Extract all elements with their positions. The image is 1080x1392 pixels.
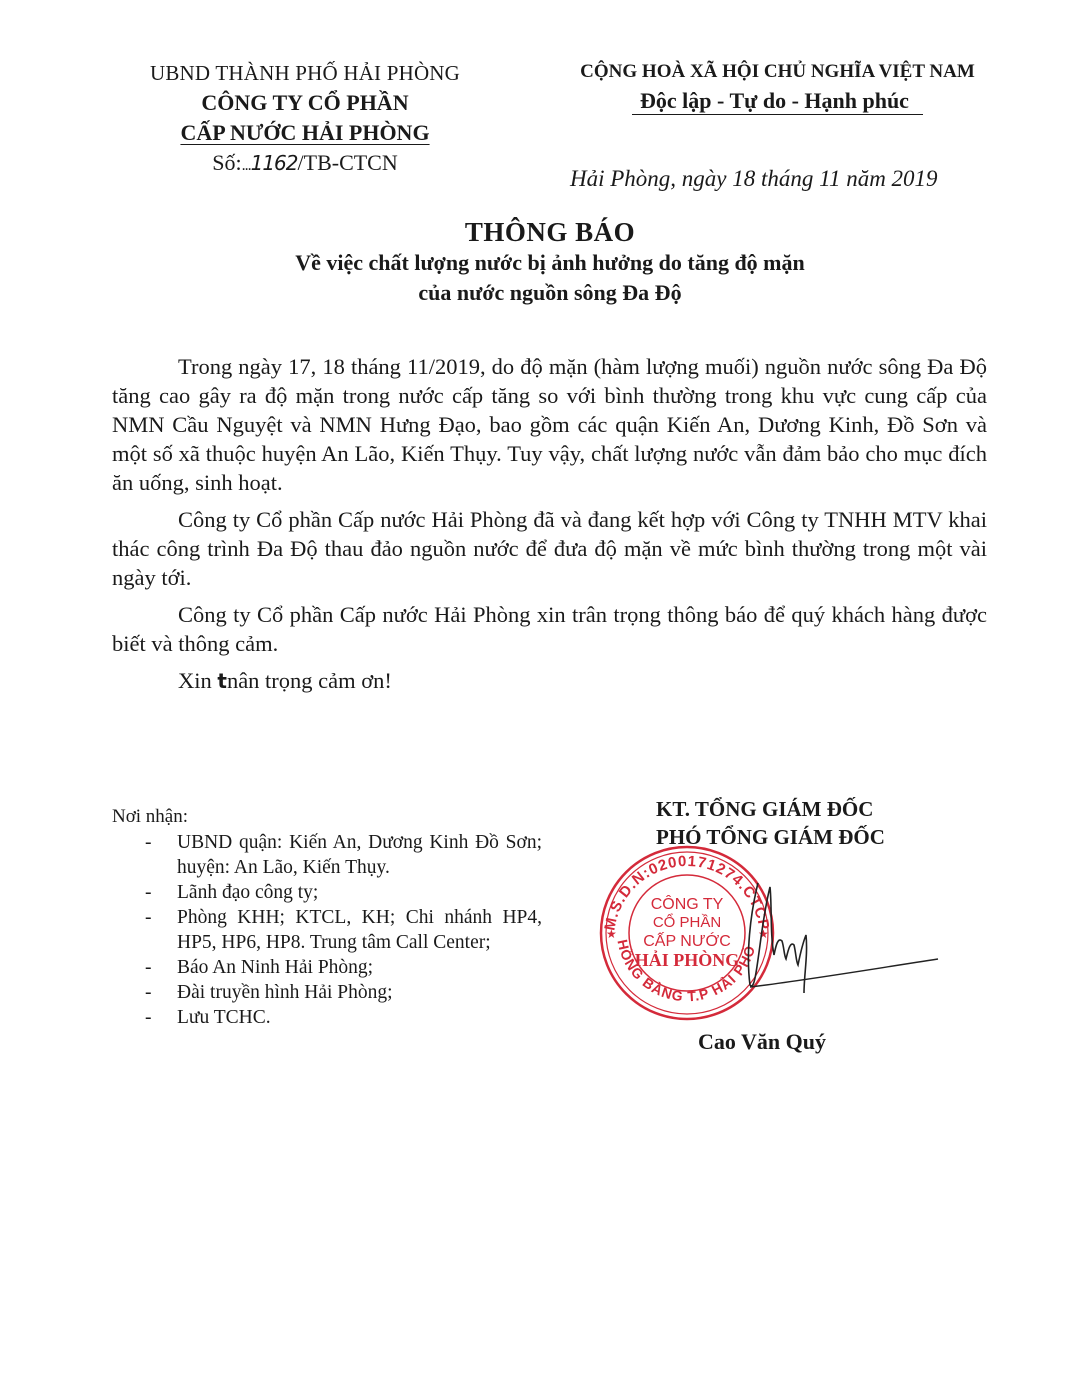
issuer-header: UBND THÀNH PHỐ HẢI PHÒNG CÔNG TY CỔ PHẦN…: [130, 58, 480, 181]
national-motto: Độc lập - Tự do - Hạnh phúc: [555, 86, 1000, 116]
date-line: Hải Phòng, ngày 18 tháng 11 năm 2019: [570, 162, 938, 196]
document-subtitle: Về việc chất lượng nước bị ảnh hưởng do …: [100, 248, 1000, 308]
recipients-label: Nơi nhận:: [112, 804, 542, 830]
handwritten-signature-icon: [740, 875, 940, 995]
list-item: -Đài truyền hình Hải Phòng;: [112, 980, 542, 1005]
handwritten-number: 1162: [251, 151, 298, 175]
svg-text:HẢI PHÒNG: HẢI PHÒNG: [635, 949, 740, 970]
svg-text:CẤP NƯỚC: CẤP NƯỚC: [643, 931, 731, 950]
body-paragraph: Trong ngày 17, 18 tháng 11/2019, do độ m…: [112, 352, 987, 497]
republic-name: CỘNG HOÀ XÃ HỘI CHỦ NGHĨA VIỆT NAM: [555, 58, 1000, 86]
national-header: CỘNG HOÀ XÃ HỘI CHỦ NGHĨA VIỆT NAM Độc l…: [555, 58, 1000, 116]
recipients-list: -UBND quận: Kiến An, Dương Kinh Đồ Sơn; …: [112, 830, 542, 1030]
issuer-company-line1: CÔNG TY CỔ PHẦN: [130, 88, 480, 118]
svg-text:★: ★: [606, 927, 617, 941]
issuer-authority: UBND THÀNH PHỐ HẢI PHÒNG: [130, 58, 480, 88]
list-item: -UBND quận: Kiến An, Dương Kinh Đồ Sơn; …: [112, 830, 542, 880]
list-item: -Phòng KHH; KTCL, KH; Chi nhánh HP4, HP5…: [112, 905, 542, 955]
list-item: -Báo An Ninh Hải Phòng;: [112, 955, 542, 980]
signer-title-line1: KT. TỔNG GIÁM ĐỐC: [600, 795, 940, 823]
svg-text:CỔ PHẦN: CỔ PHẦN: [653, 913, 721, 931]
list-item: -Lãnh đạo công ty;: [112, 880, 542, 905]
body-paragraph: Công ty Cổ phần Cấp nước Hải Phòng đã và…: [112, 505, 987, 592]
document-title: THÔNG BÁO: [100, 214, 1000, 250]
issuer-company-line2: CẤP NƯỚC HẢI PHÒNG: [130, 118, 480, 148]
list-item: -Lưu TCHC.: [112, 1005, 542, 1030]
signer-name: Cao Văn Quý: [698, 1027, 826, 1057]
document-body: Trong ngày 17, 18 tháng 11/2019, do độ m…: [112, 352, 987, 704]
body-paragraph: Công ty Cổ phần Cấp nước Hải Phòng xin t…: [112, 600, 987, 658]
document-number: Số:...1162/TB-CTCN: [130, 148, 480, 181]
svg-text:CÔNG TY: CÔNG TY: [651, 894, 724, 913]
recipients-block: Nơi nhận: -UBND quận: Kiến An, Dương Kin…: [112, 804, 542, 1030]
closing-line: Xin tnân trọng cảm ơn!: [112, 666, 987, 696]
